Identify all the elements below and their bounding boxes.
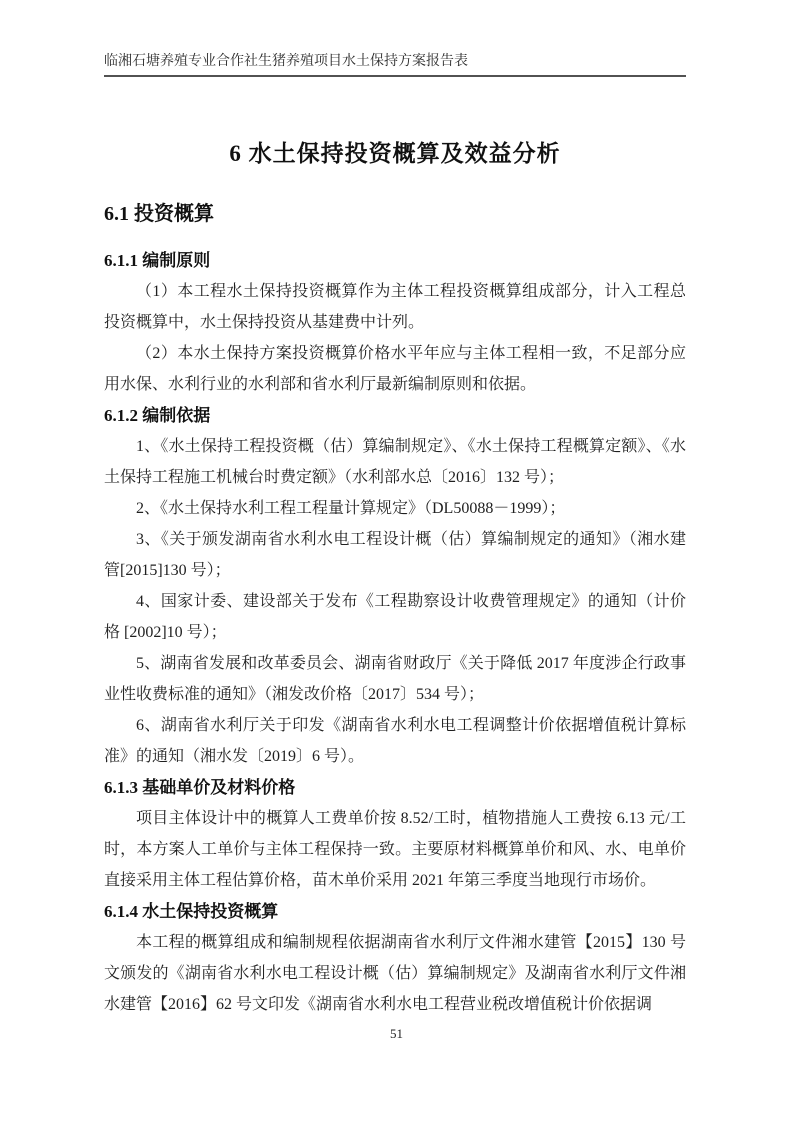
- list-paragraph-612-6: 6、湖南省水利厅关于印发《湖南省水利水电工程调整计价依据增值税计算标准》的通知（…: [104, 710, 686, 772]
- subsection-heading-614: 6.1.4 水土保持投资概算: [104, 896, 686, 927]
- list-paragraph-612-1: 1、《水土保持工程投资概（估）算编制规定》、《水土保持工程概算定额》、《水土保持…: [104, 431, 686, 493]
- paragraph-614-1: 本工程的概算组成和编制规程依据湖南省水利厅文件湘水建管【2015】130 号文颁…: [104, 927, 686, 1020]
- list-paragraph-612-4: 4、国家计委、建设部关于发布《工程勘察设计收费管理规定》的通知（计价格 [200…: [104, 586, 686, 648]
- paragraph-611-2: （2）本水土保持方案投资概算价格水平年应与主体工程相一致，不足部分应用水保、水利…: [104, 338, 686, 400]
- page-header: 临湘石塘养殖专业合作社生猪养殖项目水土保持方案报告表: [104, 53, 686, 77]
- header-title: 临湘石塘养殖专业合作社生猪养殖项目水土保持方案报告表: [104, 54, 468, 69]
- section-heading-61: 6.1 投资概算: [104, 200, 686, 228]
- page-number: 51: [0, 1026, 793, 1042]
- list-paragraph-612-5: 5、湖南省发展和改革委员会、湖南省财政厅《关于降低 2017 年度涉企行政事业性…: [104, 648, 686, 710]
- subsection-heading-612: 6.1.2 编制依据: [104, 400, 686, 431]
- list-paragraph-612-3: 3、《关于颁发湖南省水利水电工程设计概（估）算编制规定的通知》（湘水建管[201…: [104, 524, 686, 586]
- chapter-title: 6 水土保持投资概算及效益分析: [104, 137, 686, 171]
- subsection-heading-611: 6.1.1 编制原则: [104, 245, 686, 276]
- list-paragraph-612-2: 2、《水土保持水利工程工程量计算规定》（DL50088－1999）；: [104, 493, 686, 524]
- document-page: 临湘石塘养殖专业合作社生猪养殖项目水土保持方案报告表 6 水土保持投资概算及效益…: [0, 0, 793, 1122]
- paragraph-613-1: 项目主体设计中的概算人工费单价按 8.52/工时，植物措施人工费按 6.13 元…: [104, 803, 686, 896]
- subsection-heading-613: 6.1.3 基础单价及材料价格: [104, 772, 686, 803]
- paragraph-611-1: （1）本工程水土保持投资概算作为主体工程投资概算组成部分，计入工程总投资概算中，…: [104, 276, 686, 338]
